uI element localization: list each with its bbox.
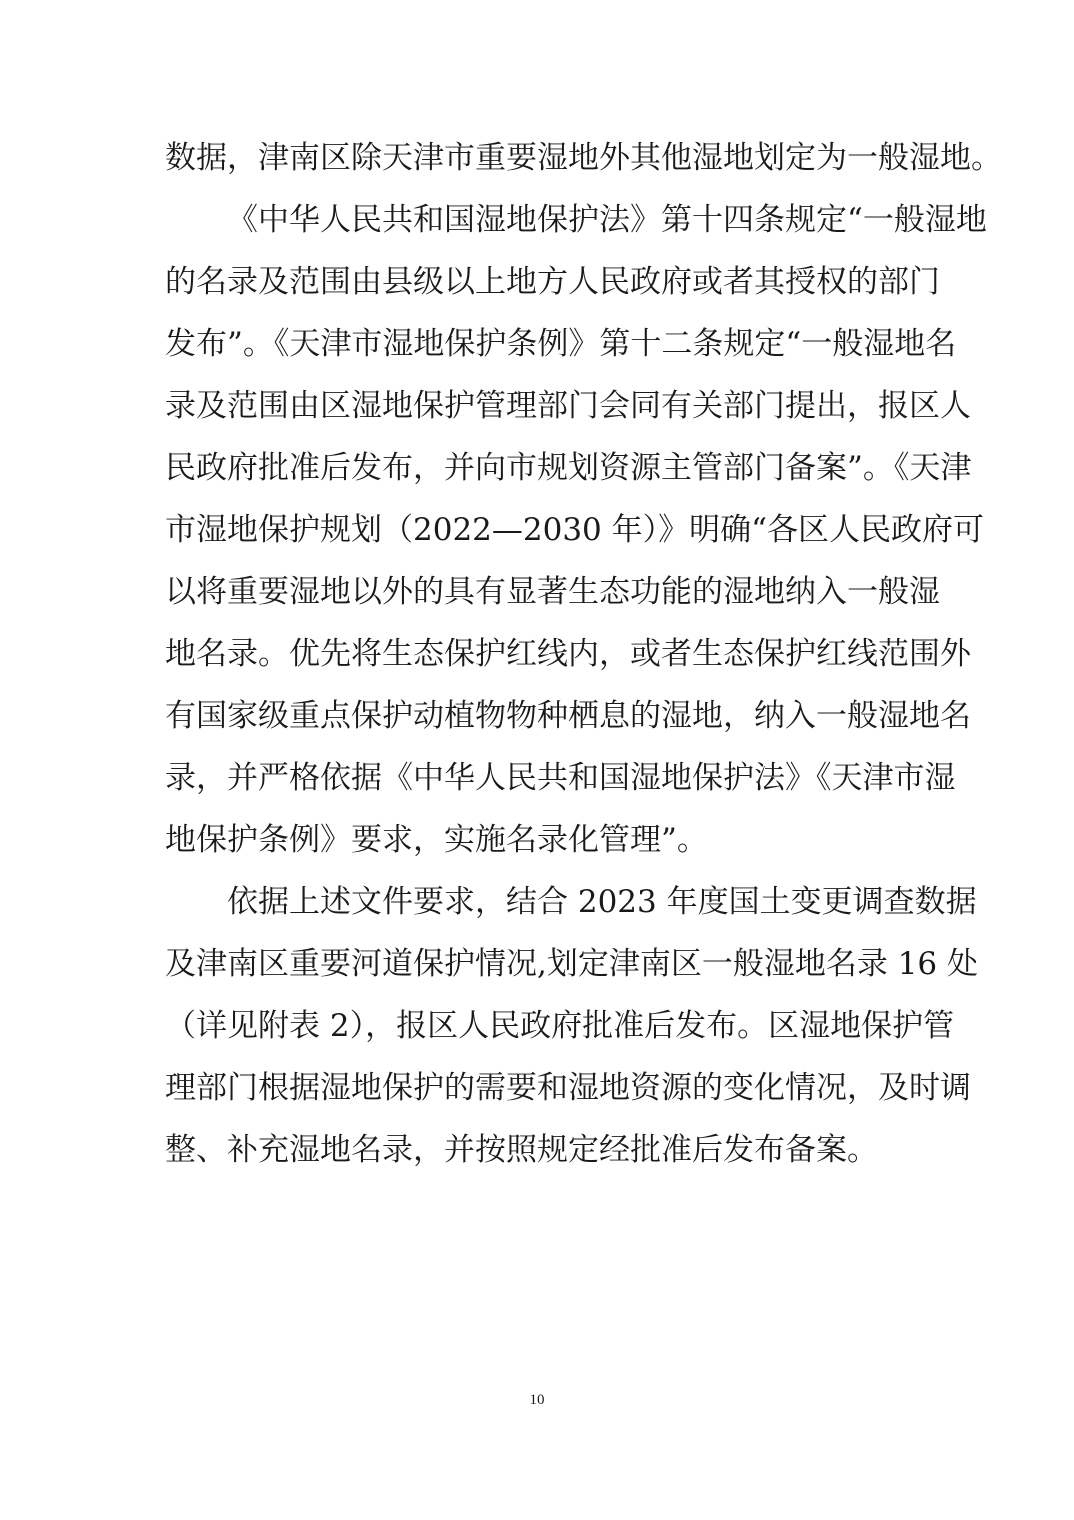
- text-line: 发布”。《天津市湿地保护条例》第十二条规定“一般湿地名: [165, 324, 913, 364]
- document-page: 数据，津南区除天津市重要湿地外其他湿地划定为一般湿地。 《中华人民共和国湿地保护…: [0, 0, 1074, 1520]
- text-line: （详见附表 2），报区人民政府批准后发布。区湿地保护管: [165, 1006, 913, 1046]
- text-line: 数据，津南区除天津市重要湿地外其他湿地划定为一般湿地。: [165, 138, 913, 178]
- text-line: 以将重要湿地以外的具有显著生态功能的湿地纳入一般湿: [165, 572, 913, 612]
- paragraph-start-line: 依据上述文件要求，结合 2023 年度国土变更调查数据: [227, 882, 913, 922]
- text-line: 市湿地保护规划（2022—2030 年）》明确“各区人民政府可: [165, 510, 913, 550]
- text-line: 整、补充湿地名录，并按照规定经批准后发布备案。: [165, 1130, 913, 1170]
- text-line: 录及范围由区湿地保护管理部门会同有关部门提出，报区人: [165, 386, 913, 426]
- text-line: 的名录及范围由县级以上地方人民政府或者其授权的部门: [165, 262, 913, 302]
- page-number: 10: [0, 1392, 1074, 1409]
- paragraph-start-line: 《中华人民共和国湿地保护法》第十四条规定“一般湿地: [227, 200, 913, 240]
- text-line: 理部门根据湿地保护的需要和湿地资源的变化情况，及时调: [165, 1068, 913, 1108]
- text-line: 有国家级重点保护动植物物种栖息的湿地，纳入一般湿地名: [165, 696, 913, 736]
- text-line: 民政府批准后发布，并向市规划资源主管部门备案”。《天津: [165, 448, 913, 488]
- text-line: 地保护条例》要求，实施名录化管理”。: [165, 820, 913, 860]
- text-line: 地名录。优先将生态保护红线内，或者生态保护红线范围外: [165, 634, 913, 674]
- text-line: 及津南区重要河道保护情况,划定津南区一般湿地名录 16 处: [165, 944, 913, 984]
- text-line: 录，并严格依据《中华人民共和国湿地保护法》《天津市湿: [165, 758, 913, 798]
